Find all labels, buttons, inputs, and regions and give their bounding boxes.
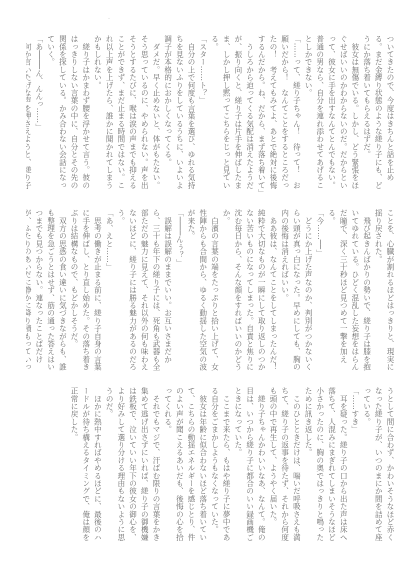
paragraph: 「スター……ト？」 bbox=[197, 35, 209, 193]
paragraph: 耳を疑った。縒り子の口から出た声は床へ落ちて、人混みにまぎれてしまいそうなほど小… bbox=[302, 387, 349, 545]
faint-header-mark: ・ bbox=[106, 14, 113, 23]
paragraph: うとして間に合わず、かわいそうなほど赤くなった縒り子が、いつのまにか間を詰めて座… bbox=[361, 387, 396, 545]
text-tier-top: ついてきたので、今度はきちんと話を止める。まだ金縛り状態のような縒り子にも、どう… bbox=[26, 35, 396, 193]
paragraph: 自分の上で何度も言葉を選び、ゆれる気持ちを見ないふりをしているうちに、いよいよ調… bbox=[162, 35, 197, 193]
paragraph: ここまで来たら、もはや縒り子に夢中である自分をごまかしようもなくなっていた。 bbox=[209, 387, 232, 545]
paragraph: 双方の思惑の食い違いに気づきながらも、誰も整理を急ごうとはせず、筋の通った答えは… bbox=[26, 209, 68, 373]
paragraph: ほかに熱中すればやめるほどに、最後のハードルが待ち構えるタイミングで、俺は顔を正… bbox=[68, 387, 103, 545]
paragraph: 「あ、えと……」 bbox=[103, 209, 115, 373]
paragraph: 何か言いたげな声を押さえようと、縒り子はいろんな言葉をいくつも並べては、繰り返し… bbox=[26, 35, 33, 193]
paragraph: 「……すき」 bbox=[349, 387, 361, 545]
paragraph: 「あ────ん、んんっ……」 bbox=[33, 35, 45, 193]
paragraph: 縒り子ちゃんかわいいなあ、なんて。俺の目は、いつから縒り子に都合のいい録画機ごと… bbox=[232, 387, 267, 545]
paragraph: 白濱の言葉の端をたっぷりと拾い上げて、女性陣からも合間から、ゆるく動揺した空気の… bbox=[185, 209, 220, 373]
paragraph: ついてきたので、今度はきちんと話を止める。まだ金縛り状態のような縒り子にも、どう… bbox=[361, 35, 396, 193]
paragraph: 誤解は誤解のままでいい。お互いさまだから、三十も年下の縒り子には、死角も武器も全… bbox=[115, 209, 174, 373]
paragraph: どうにか上げた声なのか、判別がつかないくらい頭が真っ白になった。早めにしても、胸… bbox=[279, 209, 314, 373]
book-page: ・ ついてきたので、今度はきちんと話を止める。まだ金縛り状態のような縒り子にも、… bbox=[0, 0, 400, 582]
paragraph: うしろから迫ってくる気配は消えたようだが、振り向くと、縒り子は片手を伸ばしたまま… bbox=[209, 35, 256, 193]
paragraph: 思考の働きが止まる前に、縒り子自身の言葉に手を伸ばし、とり直し始めた。その落ち着… bbox=[68, 209, 103, 373]
paragraph: 「今……──」 bbox=[314, 209, 326, 373]
paragraph: このひとときだけは、喘いだ呼吸さえも満ちて、縒り子の返事を待たず、それから何度も… bbox=[267, 387, 302, 545]
paragraph: それでもマジで、汗ばむ限りの言葉をかき集めて逃げ出さずにいれば、縒り子の御機嫌は… bbox=[103, 387, 162, 545]
paragraph: ああ彼は、なんてことをしてしまったんだ！ 純粋で大切なものが一瞬にして取り返しの… bbox=[220, 209, 279, 373]
paragraph: 飛び起きんばかりの勢いで、縒り子は膝を抱いてゆれている。ひどく混乱した妄想をはら… bbox=[326, 209, 373, 373]
paragraph: 縒り子はかまわず腰を浮かせて言う。彼のはっきりしない言葉の中に、自分とその先の関… bbox=[45, 35, 92, 193]
paragraph: 「────んぅ？」 bbox=[174, 209, 186, 373]
paragraph: 彼女は年齢に似合わないほど落ち着いていて、こちらの動揺エネルギーを感じとり、件の… bbox=[162, 387, 209, 545]
paragraph: 彼女は無傷でいる。しかし、どう緊張をほぐせばいいのかわからないのだ。だからといっ… bbox=[302, 35, 361, 193]
paragraph: 「……って、縒り子ちゃん！ 待って！ お願いだから！ なんてことをするところだっ… bbox=[256, 35, 303, 193]
text-tier-middle: ことを、心臓が割れるほどはっきりと、現実に揺り戻された。 飛び起きんばかりの勢い… bbox=[26, 209, 396, 373]
text-tier-bottom: うとして間に合わず、かわいそうなほど赤くなった縒り子が、いつのまにか間を詰めて座… bbox=[26, 387, 396, 545]
paragraph: ことを、心臓が割れるほどはっきりと、現実に揺り戻された。 bbox=[373, 209, 396, 373]
paragraph: ダメだ。早く止めないと、体がもたない。そう思っているのに、やめられない。声を出そ… bbox=[92, 35, 162, 193]
